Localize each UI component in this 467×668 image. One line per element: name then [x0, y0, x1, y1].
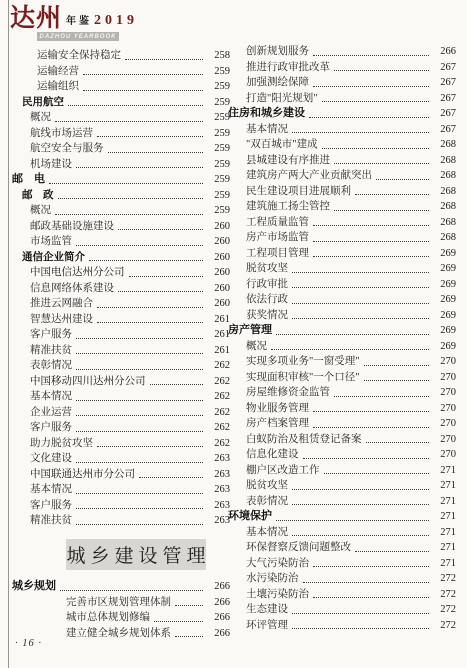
- toc-entry-page: 271: [432, 494, 456, 510]
- footer-page-number: · 16 ·: [15, 638, 42, 649]
- toc-entry-title: 土壤污染防治: [246, 587, 309, 603]
- toc-entry-title: 邮政基础设施建设: [30, 219, 114, 235]
- toc-column-left-bottom: 城乡规划266完善市区规划管理体制266城市总体规划修编266建立健全城乡规划体…: [12, 579, 230, 641]
- dot-leader: [276, 334, 429, 335]
- toc-entry-page: 271: [432, 509, 456, 525]
- toc-entry: 信息化建设270: [228, 447, 456, 463]
- dot-leader: [292, 504, 429, 505]
- toc-entry-title: 概况: [30, 110, 51, 126]
- toc-entry-page: 267: [432, 75, 456, 91]
- toc-entry: 中国移动四川达州分公司262: [12, 374, 230, 390]
- toc-entry: 生态建设272: [228, 602, 456, 618]
- toc-entry-page: 262: [206, 389, 230, 405]
- toc-entry: 智慧达州建设261: [12, 312, 230, 328]
- toc-entry-page: 259: [206, 188, 230, 204]
- dot-leader: [76, 524, 203, 525]
- toc-entry-title: 基本情况: [30, 482, 72, 498]
- toc-entry-title: 依法行政: [246, 292, 288, 308]
- toc-entry-page: 270: [432, 416, 456, 432]
- toc-entry-page: 259: [206, 79, 230, 95]
- toc-entry-page: 270: [432, 401, 456, 417]
- toc-entry: 水污染防治272: [228, 571, 456, 587]
- toc-entry-title: 基本情况: [246, 122, 288, 138]
- toc-entry: 基本情况267: [228, 122, 456, 138]
- dot-leader: [76, 431, 203, 432]
- toc-entry-title: 实现多项业务"一窗受理": [246, 354, 360, 370]
- toc-entry-title: 航线市场运营: [30, 126, 93, 142]
- dot-leader: [150, 384, 204, 385]
- dot-leader: [292, 489, 429, 490]
- dot-leader: [76, 508, 203, 509]
- toc-entry-page: 268: [432, 168, 456, 184]
- dot-leader: [292, 318, 429, 319]
- toc-entry-title: 水污染防治: [246, 571, 299, 587]
- toc-entry: 住房和城乡建设267: [228, 106, 456, 122]
- dot-leader: [118, 291, 203, 292]
- toc-entry: 环保督察反馈问题整改271: [228, 540, 456, 556]
- toc-entry: 推进云网融合260: [12, 296, 230, 312]
- dot-leader: [322, 148, 429, 149]
- toc-entry: 县城建设有序推进268: [228, 153, 456, 169]
- toc-entry-page: 259: [206, 95, 230, 111]
- toc-entry-page: 271: [432, 478, 456, 494]
- toc-entry-page: 267: [432, 60, 456, 76]
- toc-entry: 环评管理272: [228, 618, 456, 634]
- toc-entry: 获奖情况269: [228, 308, 456, 324]
- toc-entry-title: 环评管理: [246, 618, 288, 634]
- dot-leader: [76, 338, 203, 339]
- header-logo: 达州 年鉴 2019 DAZHOU YEARBOOK: [10, 7, 138, 41]
- toc-entry-page: 267: [432, 106, 456, 122]
- dot-leader: [97, 136, 203, 137]
- scanned-toc-page: 达州 年鉴 2019 DAZHOU YEARBOOK 运输安全保持稳定258运输…: [0, 0, 467, 668]
- toc-entry-title: 房屋维修资金监管: [246, 385, 330, 401]
- dot-leader: [76, 462, 203, 463]
- toc-entry-title: 客户服务: [30, 420, 72, 436]
- dot-leader: [313, 256, 429, 257]
- dot-leader: [97, 322, 203, 323]
- dot-leader: [97, 446, 203, 447]
- toc-entry: 文化建设263: [12, 451, 230, 467]
- toc-entry-page: 263: [206, 467, 230, 483]
- dot-leader: [334, 70, 429, 71]
- toc-entry-page: 263: [206, 482, 230, 498]
- toc-entry: 企业运营262: [12, 405, 230, 421]
- toc-entry-page: 261: [206, 312, 230, 328]
- toc-entry-title: 基本情况: [246, 525, 288, 541]
- dot-leader: [313, 597, 429, 598]
- toc-entry: 物业服务管理270: [228, 401, 456, 417]
- toc-entry: 民用航空259: [12, 95, 230, 111]
- toc-entry-page: 269: [432, 292, 456, 308]
- toc-entry: 城乡规划266: [12, 579, 230, 595]
- toc-entry: 市场监管260: [12, 234, 230, 250]
- toc-entry-page: 270: [432, 432, 456, 448]
- toc-entry: 脱贫攻坚271: [228, 478, 456, 494]
- toc-entry-title: 信息化建设: [246, 447, 299, 463]
- yearbook-brand-title: 达州: [10, 7, 62, 31]
- toc-entry: 工程项目管理269: [228, 246, 456, 262]
- toc-entry-title: 建筑房产两大产业贡献突出: [246, 168, 372, 184]
- toc-entry-page: 260: [206, 296, 230, 312]
- toc-entry: 加强测绘保障267: [228, 75, 456, 91]
- toc-entry-title: 文化建设: [30, 451, 72, 467]
- dot-leader: [89, 260, 203, 261]
- yearbook-subtitle: 年鉴: [66, 12, 92, 27]
- dot-leader: [125, 59, 203, 60]
- toc-entry: 完善市区规划管理体制266: [12, 595, 230, 611]
- toc-entry: 基本情况271: [228, 525, 456, 541]
- toc-entry-page: 266: [206, 626, 230, 642]
- dot-leader: [271, 349, 429, 350]
- toc-entry-page: 262: [206, 374, 230, 390]
- dot-leader: [292, 287, 429, 288]
- toc-entry: 邮 电259: [12, 172, 230, 188]
- toc-entry-title: 住房和城乡建设: [228, 106, 305, 122]
- dot-leader: [139, 477, 203, 478]
- toc-entry-page: 270: [432, 370, 456, 386]
- dot-leader: [76, 493, 203, 494]
- dot-leader: [313, 241, 429, 242]
- toc-entry-page: 266: [206, 595, 230, 611]
- toc-entry: 通信企业简介260: [12, 250, 230, 266]
- toc-entry-page: 266: [206, 610, 230, 626]
- toc-entry-page: 270: [432, 354, 456, 370]
- toc-entry: 城市总体规划修编266: [12, 610, 230, 626]
- toc-entry-title: 基本情况: [30, 389, 72, 405]
- toc-entry: 建立健全城乡规划体系266: [12, 626, 230, 642]
- dot-leader: [355, 194, 429, 195]
- toc-entry-title: 大气污染防治: [246, 556, 309, 572]
- toc-entry-page: 260: [206, 219, 230, 235]
- toc-entry: 客户服务263: [12, 498, 230, 514]
- toc-entry-title: 通信企业简介: [22, 250, 85, 266]
- page-edge-line: [8, 0, 9, 668]
- toc-entry-page: 263: [206, 513, 230, 529]
- toc-entry-title: 运输安全保持稳定: [37, 48, 121, 64]
- toc-entry: 运输安全保持稳定258: [12, 48, 230, 64]
- chapter-heading-box: 城乡建设管理: [66, 539, 206, 570]
- dot-leader: [108, 152, 204, 153]
- toc-entry: 精准扶贫263: [12, 513, 230, 529]
- toc-entry-page: 266: [206, 579, 230, 595]
- toc-entry-title: 中国电信达州分公司: [30, 265, 125, 281]
- toc-entry: 基本情况262: [12, 389, 230, 405]
- toc-entry-page: 260: [206, 265, 230, 281]
- toc-entry: 概况259: [12, 203, 230, 219]
- toc-entry-page: 269: [432, 261, 456, 277]
- dot-leader: [309, 117, 429, 118]
- toc-entry-page: 269: [432, 323, 456, 339]
- toc-entry-title: 实现面积审核"一个口径": [246, 370, 360, 386]
- toc-entry-title: 表彰情况: [30, 358, 72, 374]
- toc-entry-page: 262: [206, 405, 230, 421]
- toc-entry-page: 270: [432, 385, 456, 401]
- toc-entry-title: "双百城市"建成: [246, 137, 318, 153]
- toc-entry-page: 260: [206, 250, 230, 266]
- toc-entry: 信息网络体系建设260: [12, 281, 230, 297]
- toc-entry: 推进行政审批改革267: [228, 60, 456, 76]
- toc-entry-title: 房产管理: [228, 323, 272, 339]
- dot-leader: [303, 582, 430, 583]
- dot-leader: [76, 245, 203, 246]
- toc-entry: 表彰情况262: [12, 358, 230, 374]
- toc-entry-page: 269: [432, 277, 456, 293]
- toc-entry-page: 262: [206, 358, 230, 374]
- toc-entry-title: 加强测绘保障: [246, 75, 309, 91]
- dot-leader: [364, 380, 429, 381]
- dot-leader: [76, 167, 203, 168]
- dot-leader: [60, 590, 203, 591]
- toc-entry-page: 263: [206, 498, 230, 514]
- toc-entry-title: 环境保护: [228, 509, 272, 525]
- dot-leader: [55, 121, 203, 122]
- toc-entry-page: 269: [432, 308, 456, 324]
- dot-leader: [76, 369, 203, 370]
- toc-entry-page: 268: [432, 215, 456, 231]
- toc-entry: 机场建设259: [12, 157, 230, 173]
- toc-entry: 脱贫攻坚269: [228, 261, 456, 277]
- toc-entry-page: 271: [432, 463, 456, 479]
- toc-column-right: 创新规划服务266推进行政审批改革267加强测绘保障267打造"阳光规划"267…: [228, 44, 456, 633]
- toc-entry: 房屋维修资金监管270: [228, 385, 456, 401]
- toc-entry-title: 客户服务: [30, 327, 72, 343]
- toc-entry-title: 脱贫攻坚: [246, 261, 288, 277]
- dot-leader: [355, 551, 429, 552]
- toc-entry-title: 白蚁防治及租赁登记备案: [246, 432, 362, 448]
- toc-entry-title: 信息网络体系建设: [30, 281, 114, 297]
- dot-leader: [276, 520, 429, 521]
- toc-entry-page: 268: [432, 137, 456, 153]
- toc-entry-page: 271: [432, 525, 456, 541]
- dot-leader: [313, 86, 429, 87]
- toc-entry-title: 棚户区改造工作: [246, 463, 320, 479]
- dot-leader: [129, 276, 204, 277]
- toc-entry-page: 259: [206, 157, 230, 173]
- toc-entry-title: 脱贫攻坚: [246, 478, 288, 494]
- dot-leader: [313, 427, 429, 428]
- toc-entry: 基本情况263: [12, 482, 230, 498]
- toc-entry-title: 工程质量监管: [246, 215, 309, 231]
- toc-entry-page: 268: [432, 153, 456, 169]
- toc-entry-page: 259: [206, 126, 230, 142]
- toc-entry: 民生建设项目进展顺利268: [228, 184, 456, 200]
- toc-entry: 助力脱贫攻坚262: [12, 436, 230, 452]
- toc-entry-title: 工程项目管理: [246, 246, 309, 262]
- dot-leader: [364, 365, 429, 366]
- dot-leader: [334, 396, 429, 397]
- dot-leader: [292, 613, 429, 614]
- dot-leader: [334, 210, 429, 211]
- toc-entry: 客户服务261: [12, 327, 230, 343]
- toc-entry-page: 272: [432, 602, 456, 618]
- toc-entry-title: 房产市场监管: [246, 230, 309, 246]
- toc-entry-title: 精准扶贫: [30, 343, 72, 359]
- toc-entry-page: 268: [432, 230, 456, 246]
- dot-leader: [292, 272, 429, 273]
- toc-entry-page: 260: [206, 281, 230, 297]
- toc-entry-page: 268: [432, 199, 456, 215]
- dot-leader: [175, 605, 203, 606]
- toc-entry-title: 推进云网融合: [30, 296, 93, 312]
- dot-leader: [313, 55, 429, 56]
- toc-entry-title: 建立健全城乡规划体系: [66, 626, 171, 642]
- toc-entry: 表彰情况271: [228, 494, 456, 510]
- toc-entry-title: 中国移动四川达州分公司: [30, 374, 146, 390]
- toc-entry-title: 县城建设有序推进: [246, 153, 330, 169]
- toc-entry: 房产市场监管268: [228, 230, 456, 246]
- toc-entry-page: 259: [206, 172, 230, 188]
- toc-entry-title: 航空安全与服务: [30, 141, 104, 157]
- toc-entry: 房产管理269: [228, 323, 456, 339]
- dot-leader: [313, 225, 429, 226]
- dot-leader: [76, 353, 203, 354]
- toc-entry-title: 企业运营: [30, 405, 72, 421]
- dot-leader: [97, 307, 203, 308]
- toc-entry: 大气污染防治271: [228, 556, 456, 572]
- dot-leader: [292, 535, 429, 536]
- dot-leader: [292, 303, 429, 304]
- toc-entry-title: 物业服务管理: [246, 401, 309, 417]
- toc-entry: 邮 政259: [12, 188, 230, 204]
- dot-leader: [154, 621, 203, 622]
- toc-entry-page: 266: [432, 44, 456, 60]
- toc-entry-page: 272: [432, 618, 456, 634]
- toc-entry-page: 261: [206, 327, 230, 343]
- toc-entry: 实现多项业务"一窗受理"270: [228, 354, 456, 370]
- toc-entry: 打造"阳光规划"267: [228, 91, 456, 107]
- toc-entry-title: 智慧达州建设: [30, 312, 93, 328]
- toc-entry-title: 客户服务: [30, 498, 72, 514]
- dot-leader: [49, 183, 203, 184]
- dot-leader: [292, 628, 429, 629]
- toc-entry-title: 中国联通达州市分公司: [30, 467, 135, 483]
- toc-entry-title: 城市总体规划修编: [66, 610, 150, 626]
- toc-entry: 概况269: [228, 339, 456, 355]
- toc-entry-title: 运输经营: [37, 64, 79, 80]
- dot-leader: [83, 90, 203, 91]
- toc-entry: 行政审批269: [228, 277, 456, 293]
- toc-column-left: 运输安全保持稳定258运输经营259运输组织259民用航空259概况259航线市…: [12, 48, 230, 529]
- yearbook-year: 2019: [94, 13, 138, 29]
- toc-entry: 建筑房产两大产业贡献突出268: [228, 168, 456, 184]
- toc-entry-title: 民生建设项目进展顺利: [246, 184, 351, 200]
- toc-entry-page: 258: [206, 48, 230, 64]
- toc-entry-title: 建筑施工扬尘管控: [246, 199, 330, 215]
- toc-entry: 创新规划服务266: [228, 44, 456, 60]
- toc-entry: 运输组织259: [12, 79, 230, 95]
- dot-leader: [118, 229, 203, 230]
- dot-leader: [292, 132, 429, 133]
- toc-entry-page: 270: [432, 447, 456, 463]
- toc-entry-page: 267: [432, 91, 456, 107]
- dot-leader: [175, 636, 203, 637]
- toc-entry-page: 267: [432, 122, 456, 138]
- toc-entry: 依法行政269: [228, 292, 456, 308]
- toc-entry: 白蚁防治及租赁登记备案270: [228, 432, 456, 448]
- toc-entry-title: 机场建设: [30, 157, 72, 173]
- toc-entry-page: 272: [432, 571, 456, 587]
- dot-leader: [366, 442, 430, 443]
- toc-entry: 概况259: [12, 110, 230, 126]
- toc-entry-title: 概况: [246, 339, 267, 355]
- dot-leader: [58, 198, 204, 199]
- dot-leader: [76, 415, 203, 416]
- toc-entry: 棚户区改造工作271: [228, 463, 456, 479]
- toc-entry: 航线市场运营259: [12, 126, 230, 142]
- toc-entry: 精准扶贫261: [12, 343, 230, 359]
- toc-entry-page: 262: [206, 436, 230, 452]
- toc-entry-page: 261: [206, 343, 230, 359]
- toc-entry: 邮政基础设施建设260: [12, 219, 230, 235]
- toc-entry-page: 259: [206, 64, 230, 80]
- toc-entry-title: 运输组织: [37, 79, 79, 95]
- toc-entry-title: 城乡规划: [12, 579, 56, 595]
- toc-entry-title: 精准扶贫: [30, 513, 72, 529]
- toc-entry: 房产档案管理270: [228, 416, 456, 432]
- toc-entry-title: 环保督察反馈问题整改: [246, 540, 351, 556]
- toc-entry-page: 269: [432, 246, 456, 262]
- dot-leader: [376, 179, 429, 180]
- toc-entry-title: 邮 政: [22, 188, 54, 204]
- toc-entry-title: 市场监管: [30, 234, 72, 250]
- toc-entry-title: 获奖情况: [246, 308, 288, 324]
- dot-leader: [322, 101, 429, 102]
- dot-leader: [303, 458, 430, 459]
- toc-entry-title: 推进行政审批改革: [246, 60, 330, 76]
- toc-entry-page: 262: [206, 420, 230, 436]
- toc-entry-page: 259: [206, 203, 230, 219]
- toc-entry: 实现面积审核"一个口径"270: [228, 370, 456, 386]
- toc-entry: 中国电信达州分公司260: [12, 265, 230, 281]
- toc-entry-page: 271: [432, 540, 456, 556]
- toc-entry-title: 行政审批: [246, 277, 288, 293]
- toc-entry-title: 民用航空: [22, 95, 64, 111]
- toc-entry-title: 完善市区规划管理体制: [66, 595, 171, 611]
- toc-entry: 工程质量监管268: [228, 215, 456, 231]
- dot-leader: [55, 214, 203, 215]
- toc-entry-title: 创新规划服务: [246, 44, 309, 60]
- dot-leader: [313, 566, 429, 567]
- dot-leader: [313, 411, 429, 412]
- toc-entry: 土壤污染防治272: [228, 587, 456, 603]
- toc-entry-title: 助力脱贫攻坚: [30, 436, 93, 452]
- toc-entry-page: 268: [432, 184, 456, 200]
- dot-leader: [68, 105, 203, 106]
- toc-entry-page: 259: [206, 110, 230, 126]
- toc-entry-title: 表彰情况: [246, 494, 288, 510]
- toc-entry: 建筑施工扬尘管控268: [228, 199, 456, 215]
- toc-entry-page: 271: [432, 556, 456, 572]
- toc-entry-page: 260: [206, 234, 230, 250]
- dot-leader: [334, 163, 429, 164]
- toc-entry-title: 房产档案管理: [246, 416, 309, 432]
- toc-entry-page: 269: [432, 339, 456, 355]
- toc-entry: 中国联通达州市分公司263: [12, 467, 230, 483]
- toc-entry-title: 生态建设: [246, 602, 288, 618]
- toc-entry-page: 272: [432, 587, 456, 603]
- toc-entry: "双百城市"建成268: [228, 137, 456, 153]
- toc-entry: 环境保护271: [228, 509, 456, 525]
- english-title-banner: DAZHOU YEARBOOK: [37, 32, 119, 41]
- toc-entry-title: 概况: [30, 203, 51, 219]
- toc-entry: 航空安全与服务259: [12, 141, 230, 157]
- toc-entry-page: 263: [206, 451, 230, 467]
- dot-leader: [76, 400, 203, 401]
- toc-entry-title: 打造"阳光规划": [246, 91, 318, 107]
- toc-entry-page: 259: [206, 141, 230, 157]
- dot-leader: [324, 473, 430, 474]
